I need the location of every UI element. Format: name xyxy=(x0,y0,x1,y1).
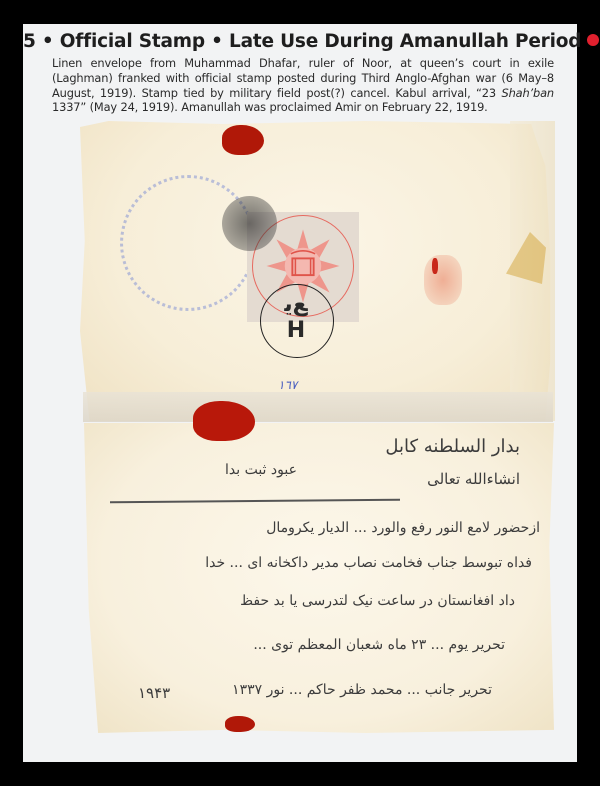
handwriting-line-7: تحریر یوم ... ۲۳ ماه شعبان المعظم توی ..… xyxy=(253,637,505,653)
red-dot-marker-icon xyxy=(587,34,599,46)
handwriting-line-6: داد افغانستان در ساعت نیک لتدرسی یا بد ح… xyxy=(240,593,515,609)
handwriting-line-2: انشاءالله تعالی xyxy=(427,470,520,488)
description-italic: Shah’ban xyxy=(502,86,555,100)
envelope-fold-band xyxy=(83,392,553,422)
page-title: 5 • Official Stamp • Late Use During Ama… xyxy=(23,31,577,52)
gray-cancel-mark xyxy=(222,196,277,251)
blue-pencil-numeral: ١٦٧ xyxy=(278,378,297,392)
red-wax-seal-top xyxy=(222,125,264,155)
handwriting-line-5: فداه تبوسط جناب فخامت نصاب مدیر داکخانه … xyxy=(205,555,532,571)
description-text: Linen envelope from Muhammad Dhafar, rul… xyxy=(52,56,554,115)
cancel-inscription: ﻊﯾH xyxy=(270,292,322,344)
title-text: 5 • Official Stamp • Late Use During Ama… xyxy=(23,31,581,52)
handwriting-year: ۱۹۴۳ xyxy=(138,684,170,702)
description-part-1: Linen envelope from Muhammad Dhafar, rul… xyxy=(52,56,554,100)
handwriting-line-4: ازحضور لامع النور رفع والورد ... الدیار … xyxy=(266,520,540,536)
red-wax-smear xyxy=(424,255,462,305)
description-part-2: 1337” (May 24, 1919). Amanullah was proc… xyxy=(52,100,488,114)
handwriting-line-1: بدار السلطنه کابل xyxy=(385,436,520,457)
red-wax-seal-middle xyxy=(193,401,255,441)
handwriting-line-3: عبود ثبت بدا xyxy=(225,462,297,478)
red-wax-seal-bottom xyxy=(225,716,255,732)
red-wax-drop xyxy=(432,258,438,274)
handwriting-line-8: تحریر جانب ... محمد ظفر حاکم ... نور ١٣٣… xyxy=(232,682,492,698)
